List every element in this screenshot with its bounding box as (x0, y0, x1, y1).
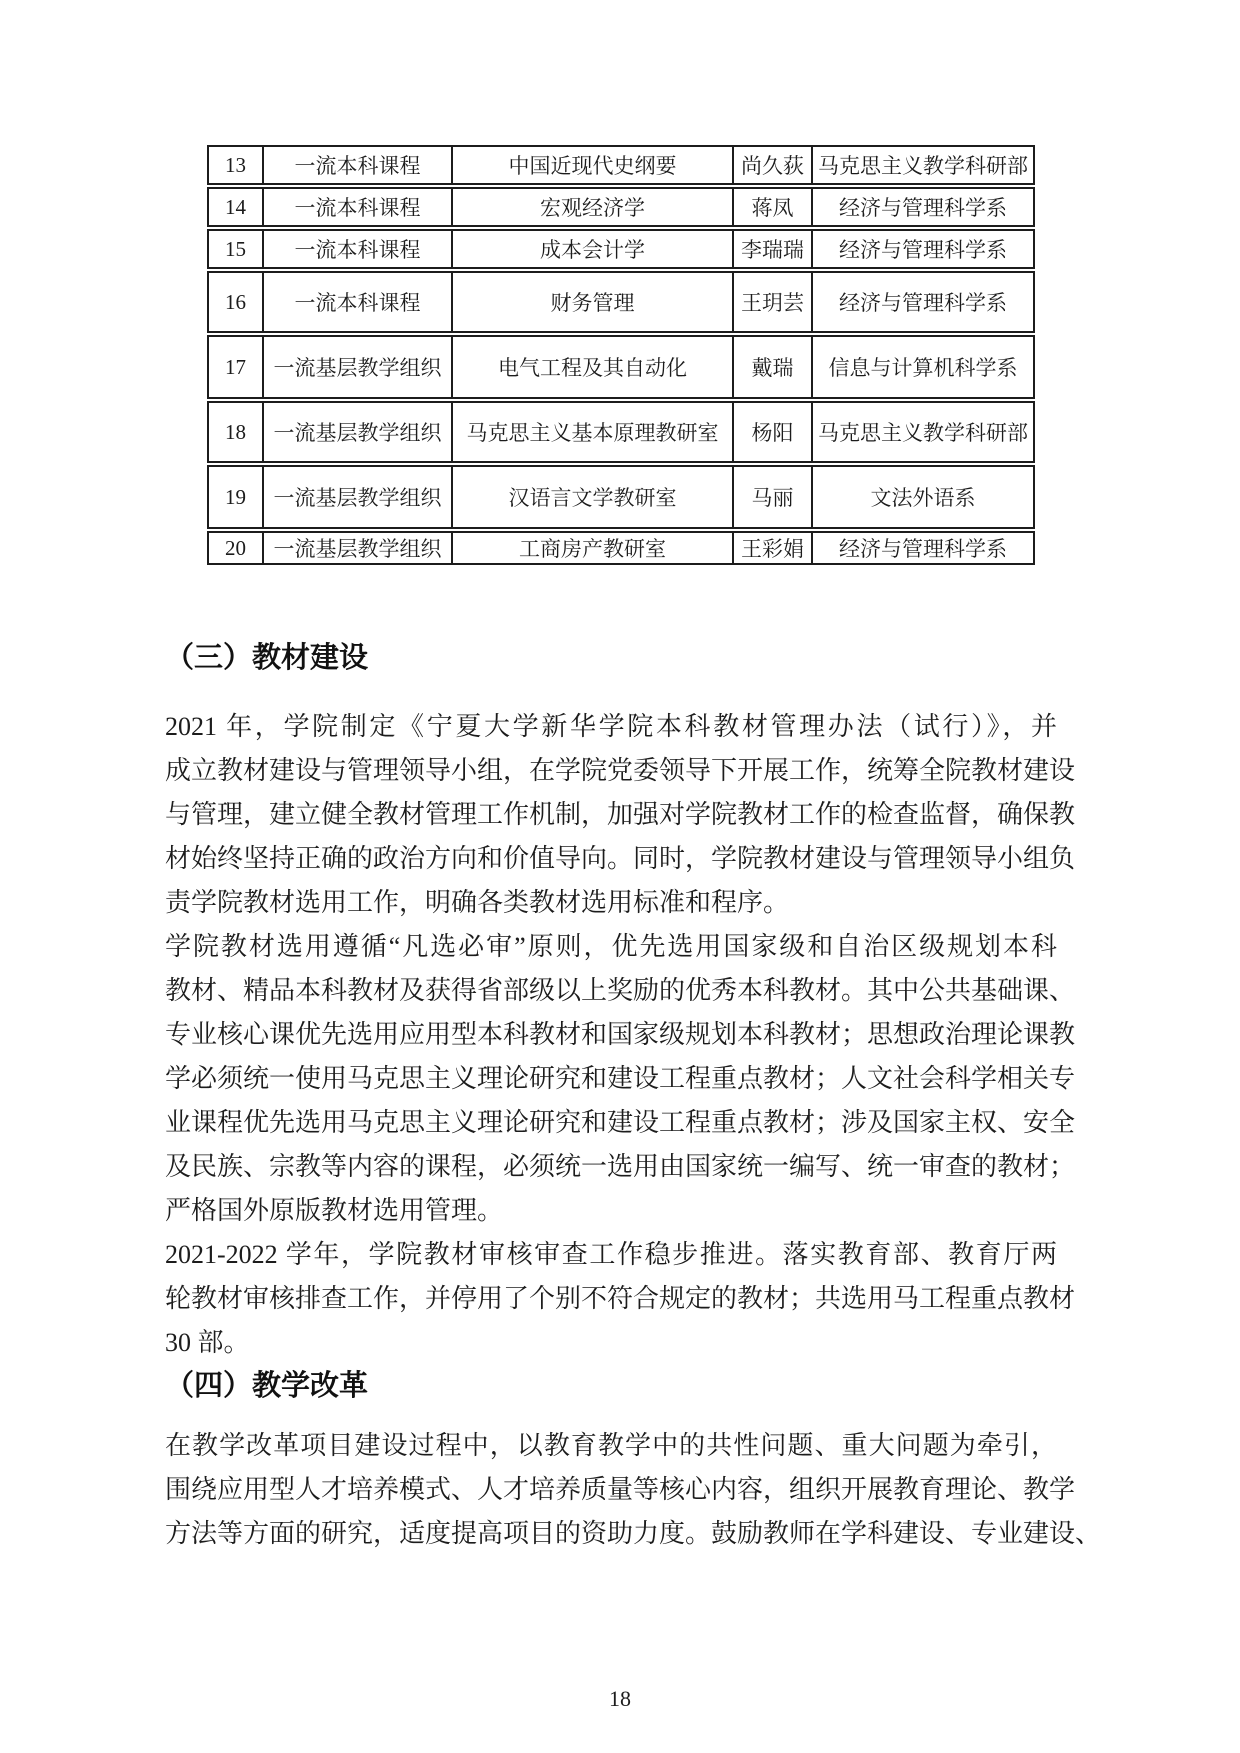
cell-title: 工商房产教研室 (453, 531, 734, 565)
paragraph: 学院教材选用遵循“凡选必审”原则，优先选用国家级和自治区级规划本科教材、精品本科… (165, 925, 1057, 1233)
cell-index: 14 (207, 187, 264, 227)
paragraph-line: 材始终坚持正确的政治方向和价值导向。同时，学院教材建设与管理领导小组负 (165, 837, 1057, 881)
cell-department: 马克思主义教学科研部 (813, 145, 1035, 185)
paragraph-line: 与管理，建立健全教材管理工作机制，加强对学院教材工作的检查监督，确保教 (165, 793, 1057, 837)
paragraph-line: 方法等方面的研究，适度提高项目的资助力度。鼓励教师在学科建设、专业建设、 (165, 1512, 1057, 1556)
cell-department: 经济与管理科学系 (813, 187, 1035, 227)
cell-index: 15 (207, 229, 264, 269)
cell-department: 信息与计算机科学系 (813, 335, 1035, 399)
quality-projects-table: 13 一流本科课程 中国近现代史纲要 尚久荻 马克思主义教学科研部 14 一流本… (207, 143, 1035, 567)
cell-department: 马克思主义教学科研部 (813, 401, 1035, 463)
paragraph-line: 30 部。 (165, 1321, 1057, 1365)
cell-department: 经济与管理科学系 (813, 531, 1035, 565)
paragraph-line: 在教学改革项目建设过程中，以教育教学中的共性问题、重大问题为牵引， (165, 1424, 1057, 1468)
cell-person: 王彩娟 (734, 531, 813, 565)
section-heading-teaching-reform: （四）教学改革 (165, 1366, 368, 1406)
cell-index: 13 (207, 145, 264, 185)
cell-person: 蒋凤 (734, 187, 813, 227)
cell-title: 电气工程及其自动化 (453, 335, 734, 399)
cell-department: 文法外语系 (813, 465, 1035, 529)
cell-person: 杨阳 (734, 401, 813, 463)
paragraph-line: 及民族、宗教等内容的课程，必须统一选用由国家统一编写、统一审查的教材； (165, 1145, 1057, 1189)
cell-title: 中国近现代史纲要 (453, 145, 734, 185)
cell-category: 一流本科课程 (264, 271, 453, 333)
paragraph-line: 学院教材选用遵循“凡选必审”原则，优先选用国家级和自治区级规划本科 (165, 925, 1057, 969)
table-row: 16 一流本科课程 财务管理 王玥芸 经济与管理科学系 (207, 271, 1035, 333)
cell-index: 20 (207, 531, 264, 565)
cell-department: 经济与管理科学系 (813, 229, 1035, 269)
paragraph-line: 轮教材审核排查工作，并停用了个别不符合规定的教材；共选用马工程重点教材 (165, 1277, 1057, 1321)
cell-department: 经济与管理科学系 (813, 271, 1035, 333)
paragraph-line: 责学院教材选用工作，明确各类教材选用标准和程序。 (165, 881, 1057, 925)
section-heading-textbook-construction: （三）教材建设 (165, 638, 368, 678)
paragraph: 2021-2022 学年，学院教材审核审查工作稳步推进。落实教育部、教育厅两轮教… (165, 1233, 1057, 1365)
paragraph-line: 2021-2022 学年，学院教材审核审查工作稳步推进。落实教育部、教育厅两 (165, 1233, 1057, 1277)
table-row: 15 一流本科课程 成本会计学 李瑞瑞 经济与管理科学系 (207, 229, 1035, 269)
cell-title: 汉语言文学教研室 (453, 465, 734, 529)
cell-category: 一流本科课程 (264, 187, 453, 227)
paragraph-line: 成立教材建设与管理领导小组，在学院党委领导下开展工作，统筹全院教材建设 (165, 749, 1057, 793)
table-body: 13 一流本科课程 中国近现代史纲要 尚久荻 马克思主义教学科研部 14 一流本… (207, 145, 1035, 565)
table-row: 20 一流基层教学组织 工商房产教研室 王彩娟 经济与管理科学系 (207, 531, 1035, 565)
page-content: 13 一流本科课程 中国近现代史纲要 尚久荻 马克思主义教学科研部 14 一流本… (165, 0, 1057, 1753)
table-row: 18 一流基层教学组织 马克思主义基本原理教研室 杨阳 马克思主义教学科研部 (207, 401, 1035, 463)
table-row: 17 一流基层教学组织 电气工程及其自动化 戴瑞 信息与计算机科学系 (207, 335, 1035, 399)
cell-title: 马克思主义基本原理教研室 (453, 401, 734, 463)
table-row: 14 一流本科课程 宏观经济学 蒋凤 经济与管理科学系 (207, 187, 1035, 227)
cell-title: 成本会计学 (453, 229, 734, 269)
cell-person: 马丽 (734, 465, 813, 529)
cell-category: 一流基层教学组织 (264, 465, 453, 529)
page-number: 18 (0, 1686, 1240, 1712)
paragraph-line: 学必须统一使用马克思主义理论研究和建设工程重点教材；人文社会科学相关专 (165, 1057, 1057, 1101)
paragraph: 2021 年，学院制定《宁夏大学新华学院本科教材管理办法（试行）》，并成立教材建… (165, 705, 1057, 925)
paragraph: 在教学改革项目建设过程中，以教育教学中的共性问题、重大问题为牵引，围绕应用型人才… (165, 1424, 1057, 1556)
cell-person: 尚久荻 (734, 145, 813, 185)
paragraph-line: 围绕应用型人才培养模式、人才培养质量等核心内容，组织开展教育理论、教学 (165, 1468, 1057, 1512)
cell-index: 19 (207, 465, 264, 529)
cell-category: 一流基层教学组织 (264, 401, 453, 463)
paragraph-line: 业课程优先选用马克思主义理论研究和建设工程重点教材；涉及国家主权、安全 (165, 1101, 1057, 1145)
cell-index: 16 (207, 271, 264, 333)
cell-category: 一流基层教学组织 (264, 335, 453, 399)
paragraph-line: 严格国外原版教材选用管理。 (165, 1189, 1057, 1233)
cell-person: 李瑞瑞 (734, 229, 813, 269)
cell-title: 宏观经济学 (453, 187, 734, 227)
paragraph-line: 教材、精品本科教材及获得省部级以上奖励的优秀本科教材。其中公共基础课、 (165, 969, 1057, 1013)
cell-person: 戴瑞 (734, 335, 813, 399)
cell-category: 一流本科课程 (264, 145, 453, 185)
cell-index: 18 (207, 401, 264, 463)
table-row: 19 一流基层教学组织 汉语言文学教研室 马丽 文法外语系 (207, 465, 1035, 529)
document-page: 13 一流本科课程 中国近现代史纲要 尚久荻 马克思主义教学科研部 14 一流本… (0, 0, 1240, 1753)
cell-person: 王玥芸 (734, 271, 813, 333)
cell-index: 17 (207, 335, 264, 399)
paragraph-line: 2021 年，学院制定《宁夏大学新华学院本科教材管理办法（试行）》，并 (165, 705, 1057, 749)
paragraph-line: 专业核心课优先选用应用型本科教材和国家级规划本科教材；思想政治理论课教 (165, 1013, 1057, 1057)
cell-category: 一流本科课程 (264, 229, 453, 269)
cell-category: 一流基层教学组织 (264, 531, 453, 565)
table-row: 13 一流本科课程 中国近现代史纲要 尚久荻 马克思主义教学科研部 (207, 145, 1035, 185)
cell-title: 财务管理 (453, 271, 734, 333)
